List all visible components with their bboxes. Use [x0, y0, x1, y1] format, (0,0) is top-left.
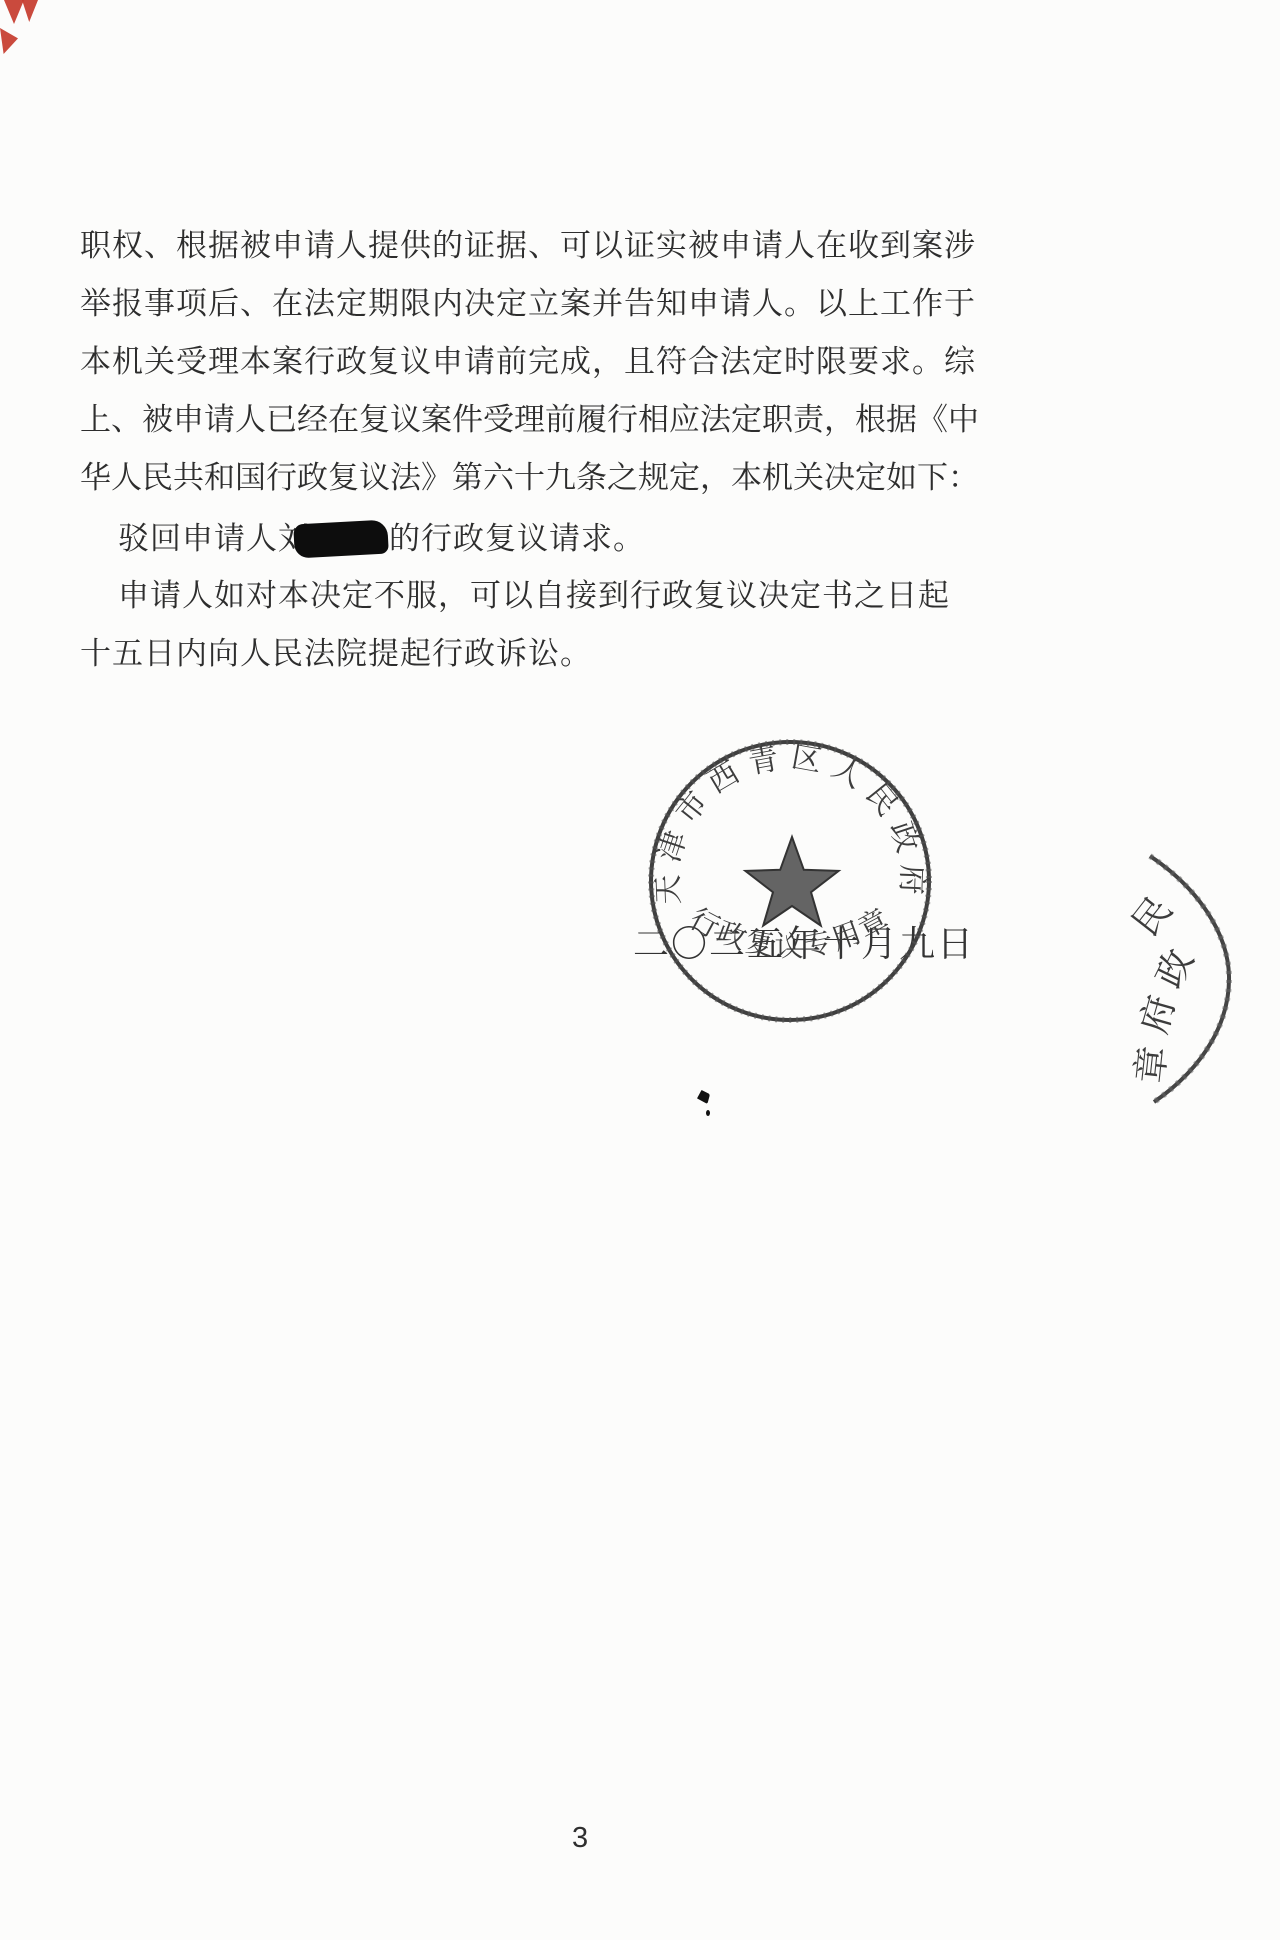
red-corner-artifact — [4, 0, 24, 24]
body-text-line: 职权、根据被申请人提供的证据、可以证实被申请人在收到案涉 — [80, 230, 976, 261]
body-text-line: 申请人如对本决定不服，可以自接到行政复议决定书之日起 — [118, 580, 950, 611]
edge-seal-char: 民 — [1128, 890, 1180, 944]
redaction-mark — [293, 520, 389, 559]
official-seal: 天津市西青区人民政府 行政复议专用章 — [640, 735, 940, 1035]
body-text-line: 华人民共和国行政复议法》第六十九条之规定，本机关决定如下： — [80, 462, 979, 493]
ink-speck — [706, 1110, 710, 1116]
scanned-document-page: 职权、根据被申请人提供的证据、可以证实被申请人在收到案涉 举报事项后、在法定期限… — [0, 0, 1280, 1940]
ink-speck — [697, 1090, 710, 1104]
decision-prefix: 驳回申请人刘 — [118, 521, 310, 556]
edge-seal: 民 政 府 章 — [1128, 848, 1258, 1108]
edge-seal-char: 府 — [1133, 991, 1184, 1038]
red-corner-artifact — [0, 28, 18, 54]
decision-suffix: 的行政复议请求。 — [389, 521, 645, 556]
body-text-line: 十五日内向人民法院提起行政诉讼。 — [80, 638, 592, 669]
body-text-line: 本机关受理本案行政复议申请前完成，且符合法定时限要求。综 — [80, 346, 976, 377]
seal-bottom-text: 行政复议专用章 — [684, 902, 896, 963]
body-text-line: 举报事项后、在法定期限内决定立案并告知申请人。以上工作于 — [80, 288, 976, 319]
edge-seal-char: 章 — [1129, 1044, 1175, 1085]
red-corner-artifact — [22, 0, 38, 22]
star-icon — [745, 837, 838, 926]
edge-seal-char: 政 — [1149, 943, 1202, 994]
body-text-line: 上、被申请人已经在复议案件受理前履行相应法定职责，根据《中 — [80, 404, 979, 435]
decision-text-line: 驳回申请人刘的行政复议请求。 — [118, 522, 645, 556]
page-number: 3 — [572, 1822, 588, 1855]
